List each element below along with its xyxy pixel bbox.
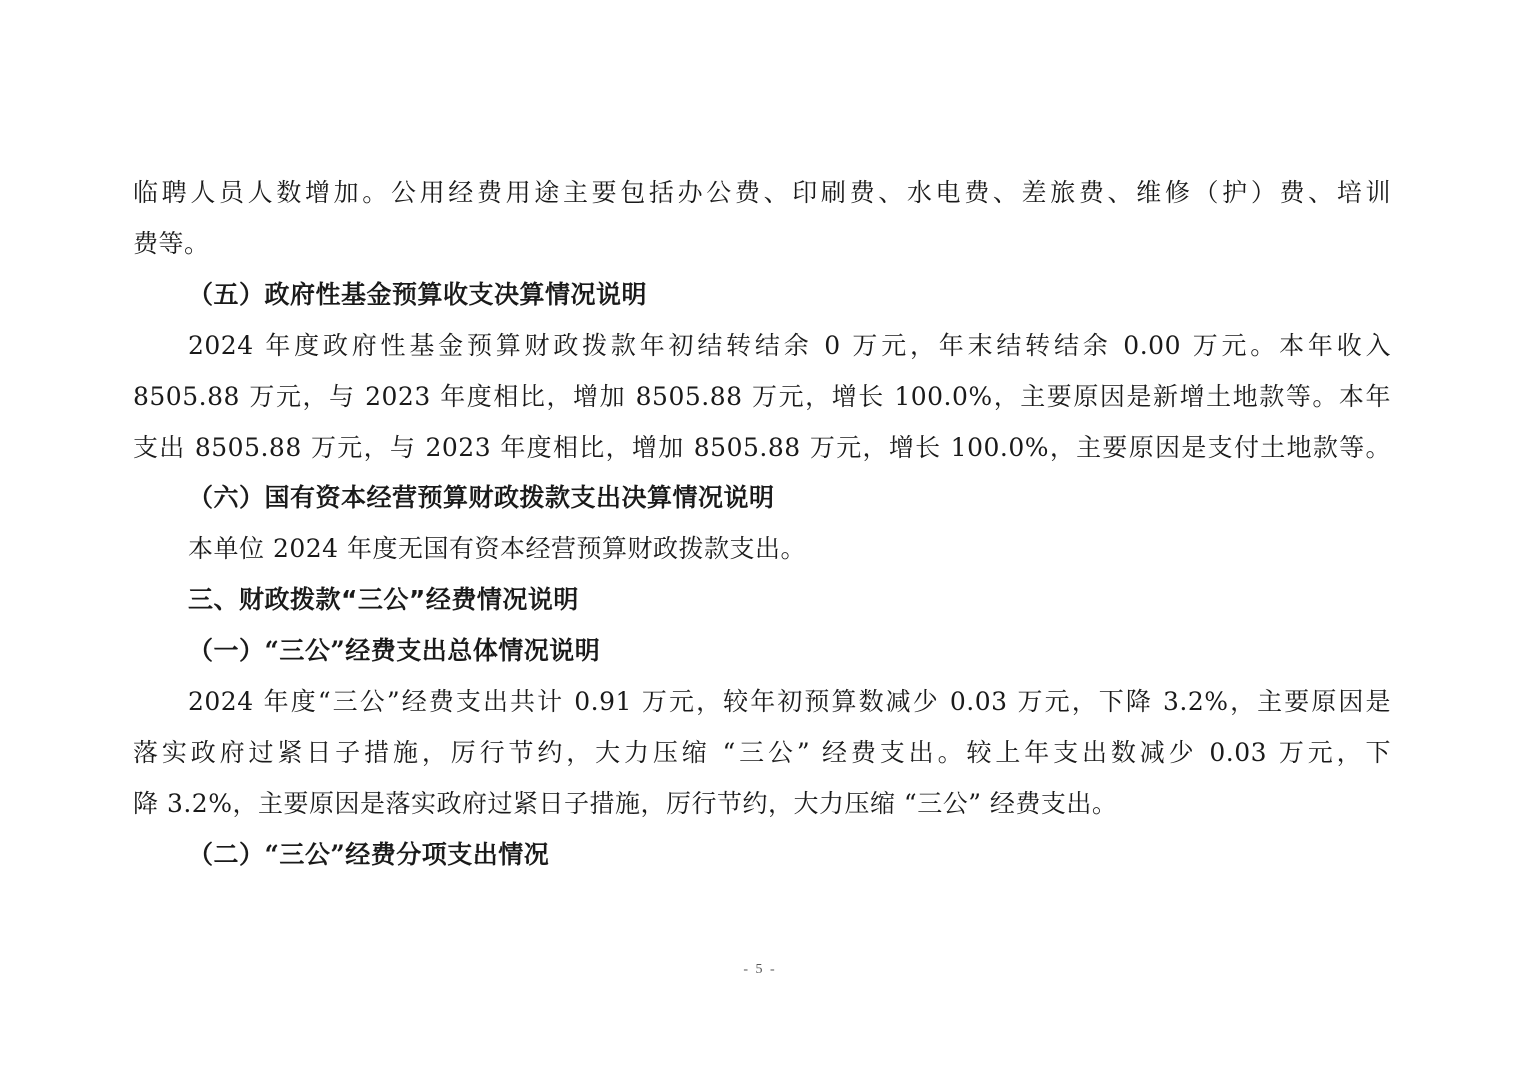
section-heading-state-capital: （六）国有资本经营预算财政拨款支出决算情况说明 [188, 478, 1446, 518]
body-text-line: 支出 8505.88 万元，与 2023 年度相比，增加 8505.88 万元，… [133, 428, 1391, 468]
body-text-line: 本单位 2024 年度无国有资本经营预算财政拨款支出。 [188, 529, 1391, 569]
subsection-heading-itemized: （二）“三公”经费分项支出情况 [188, 835, 1446, 875]
body-text-line: 落实政府过紧日子措施，厉行节约，大力压缩 “三公” 经费支出。较上年支出数减少 … [133, 733, 1391, 773]
document-page: 临聘人员人数增加。公用经费用途主要包括办公费、印刷费、水电费、差旅费、维修（护）… [0, 0, 1520, 1075]
body-text-line: 2024 年度政府性基金预算财政拨款年初结转结余 0 万元，年末结转结余 0.0… [188, 326, 1391, 366]
body-text-line: 费等。 [133, 224, 1391, 264]
section-heading-government-fund: （五）政府性基金预算收支决算情况说明 [188, 275, 1446, 315]
page-number: - 5 - [700, 962, 820, 978]
part-heading-three-public: 三、财政拨款“三公”经费情况说明 [188, 580, 1446, 620]
body-text-line: 临聘人员人数增加。公用经费用途主要包括办公费、印刷费、水电费、差旅费、维修（护）… [133, 173, 1391, 213]
body-text-line: 2024 年度“三公”经费支出共计 0.91 万元，较年初预算数减少 0.03 … [188, 682, 1391, 722]
subsection-heading-overall: （一）“三公”经费支出总体情况说明 [188, 631, 1446, 671]
body-text-line: 降 3.2%，主要原因是落实政府过紧日子措施，厉行节约，大力压缩 “三公” 经费… [133, 784, 1391, 824]
body-text-line: 8505.88 万元，与 2023 年度相比，增加 8505.88 万元，增长 … [133, 377, 1391, 417]
